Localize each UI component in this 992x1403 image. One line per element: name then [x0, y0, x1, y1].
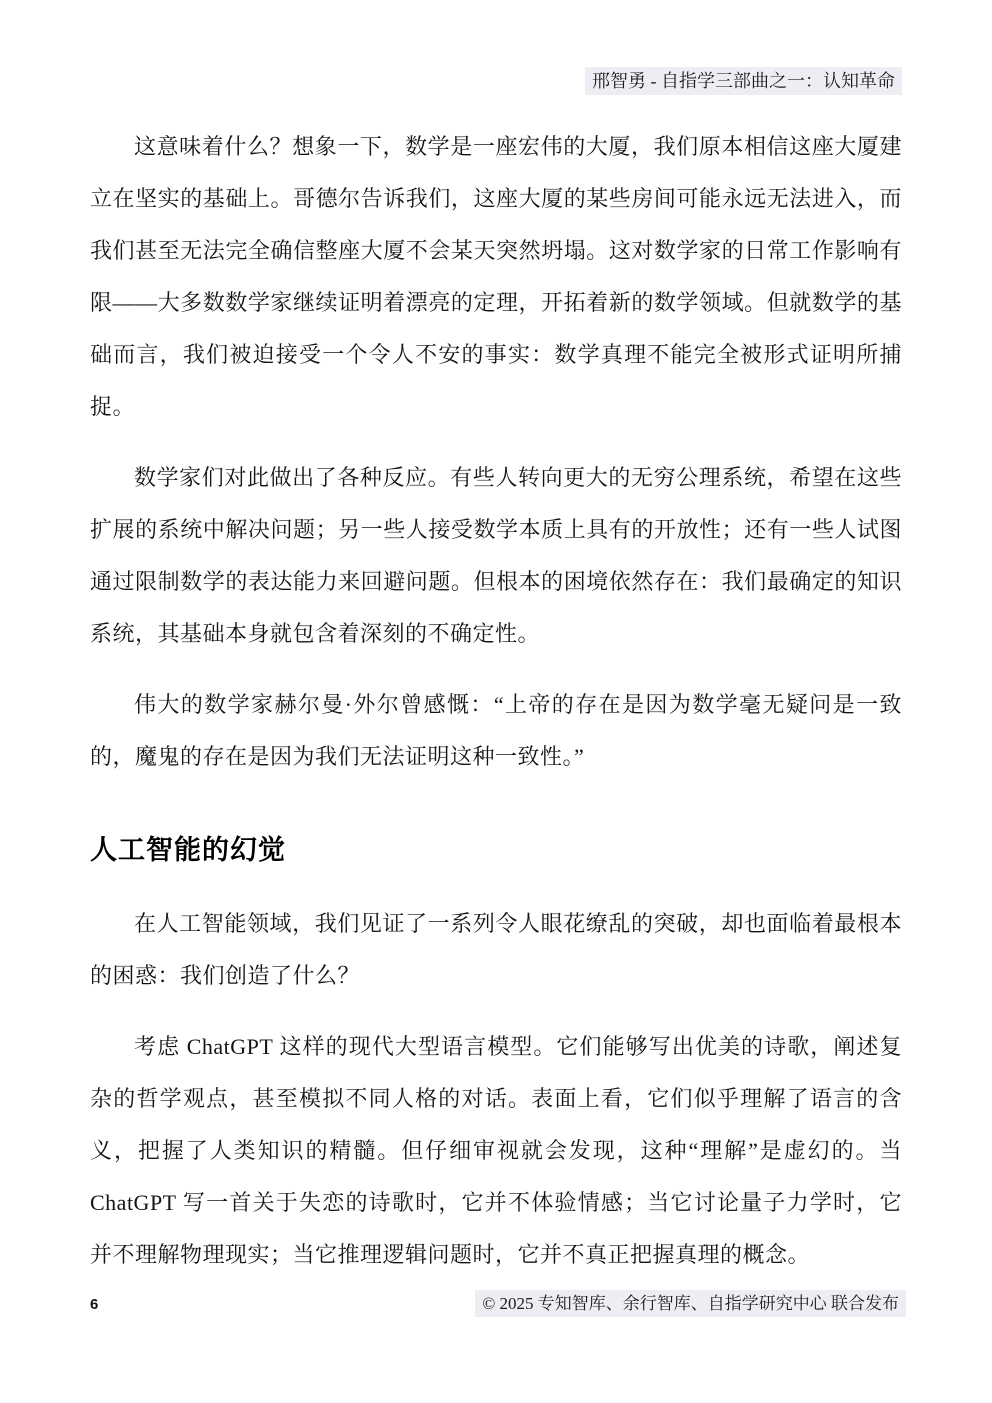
section-heading-ai-illusion: 人工智能的幻觉 [90, 832, 902, 868]
paragraph-mathematicians-reactions: 数学家们对此做出了各种反应。有些人转向更大的无穷公理系统，希望在这些扩展的系统中… [90, 452, 902, 660]
page-number: 6 [90, 1296, 98, 1313]
page-header: 邢智勇 - 自指学三部曲之一：认知革命 [90, 66, 902, 96]
page-footer: 6 © 2025 专知智库、余行智库、自指学研究中心 联合发布 [90, 1291, 906, 1325]
running-head: 邢智勇 - 自指学三部曲之一：认知革命 [585, 67, 902, 95]
copyright-line: © 2025 专知智库、余行智库、自指学研究中心 联合发布 [475, 1291, 906, 1317]
page-content: 这意味着什么？想象一下，数学是一座宏伟的大厦，我们原本相信这座大厦建立在坚实的基… [90, 121, 902, 1300]
paragraph-ai-confusion: 在人工智能领域，我们见证了一系列令人眼花缭乱的突破，却也面临着最根本的困惑：我们… [90, 898, 902, 1002]
paragraph-weyl-quote: 伟大的数学家赫尔曼·外尔曾感慨：“上帝的存在是因为数学毫无疑问是一致的，魔鬼的存… [90, 679, 902, 783]
copyright-notice: © 2025 专知智库、余行智库、自指学研究中心 联合发布 [475, 1290, 906, 1317]
document-page: 邢智勇 - 自指学三部曲之一：认知革命 这意味着什么？想象一下，数学是一座宏伟的… [0, 0, 992, 1403]
paragraph-chatgpt: 考虑 ChatGPT 这样的现代大型语言模型。它们能够写出优美的诗歌，阐述复杂的… [90, 1021, 902, 1281]
paragraph-math-building: 这意味着什么？想象一下，数学是一座宏伟的大厦，我们原本相信这座大厦建立在坚实的基… [90, 121, 902, 433]
